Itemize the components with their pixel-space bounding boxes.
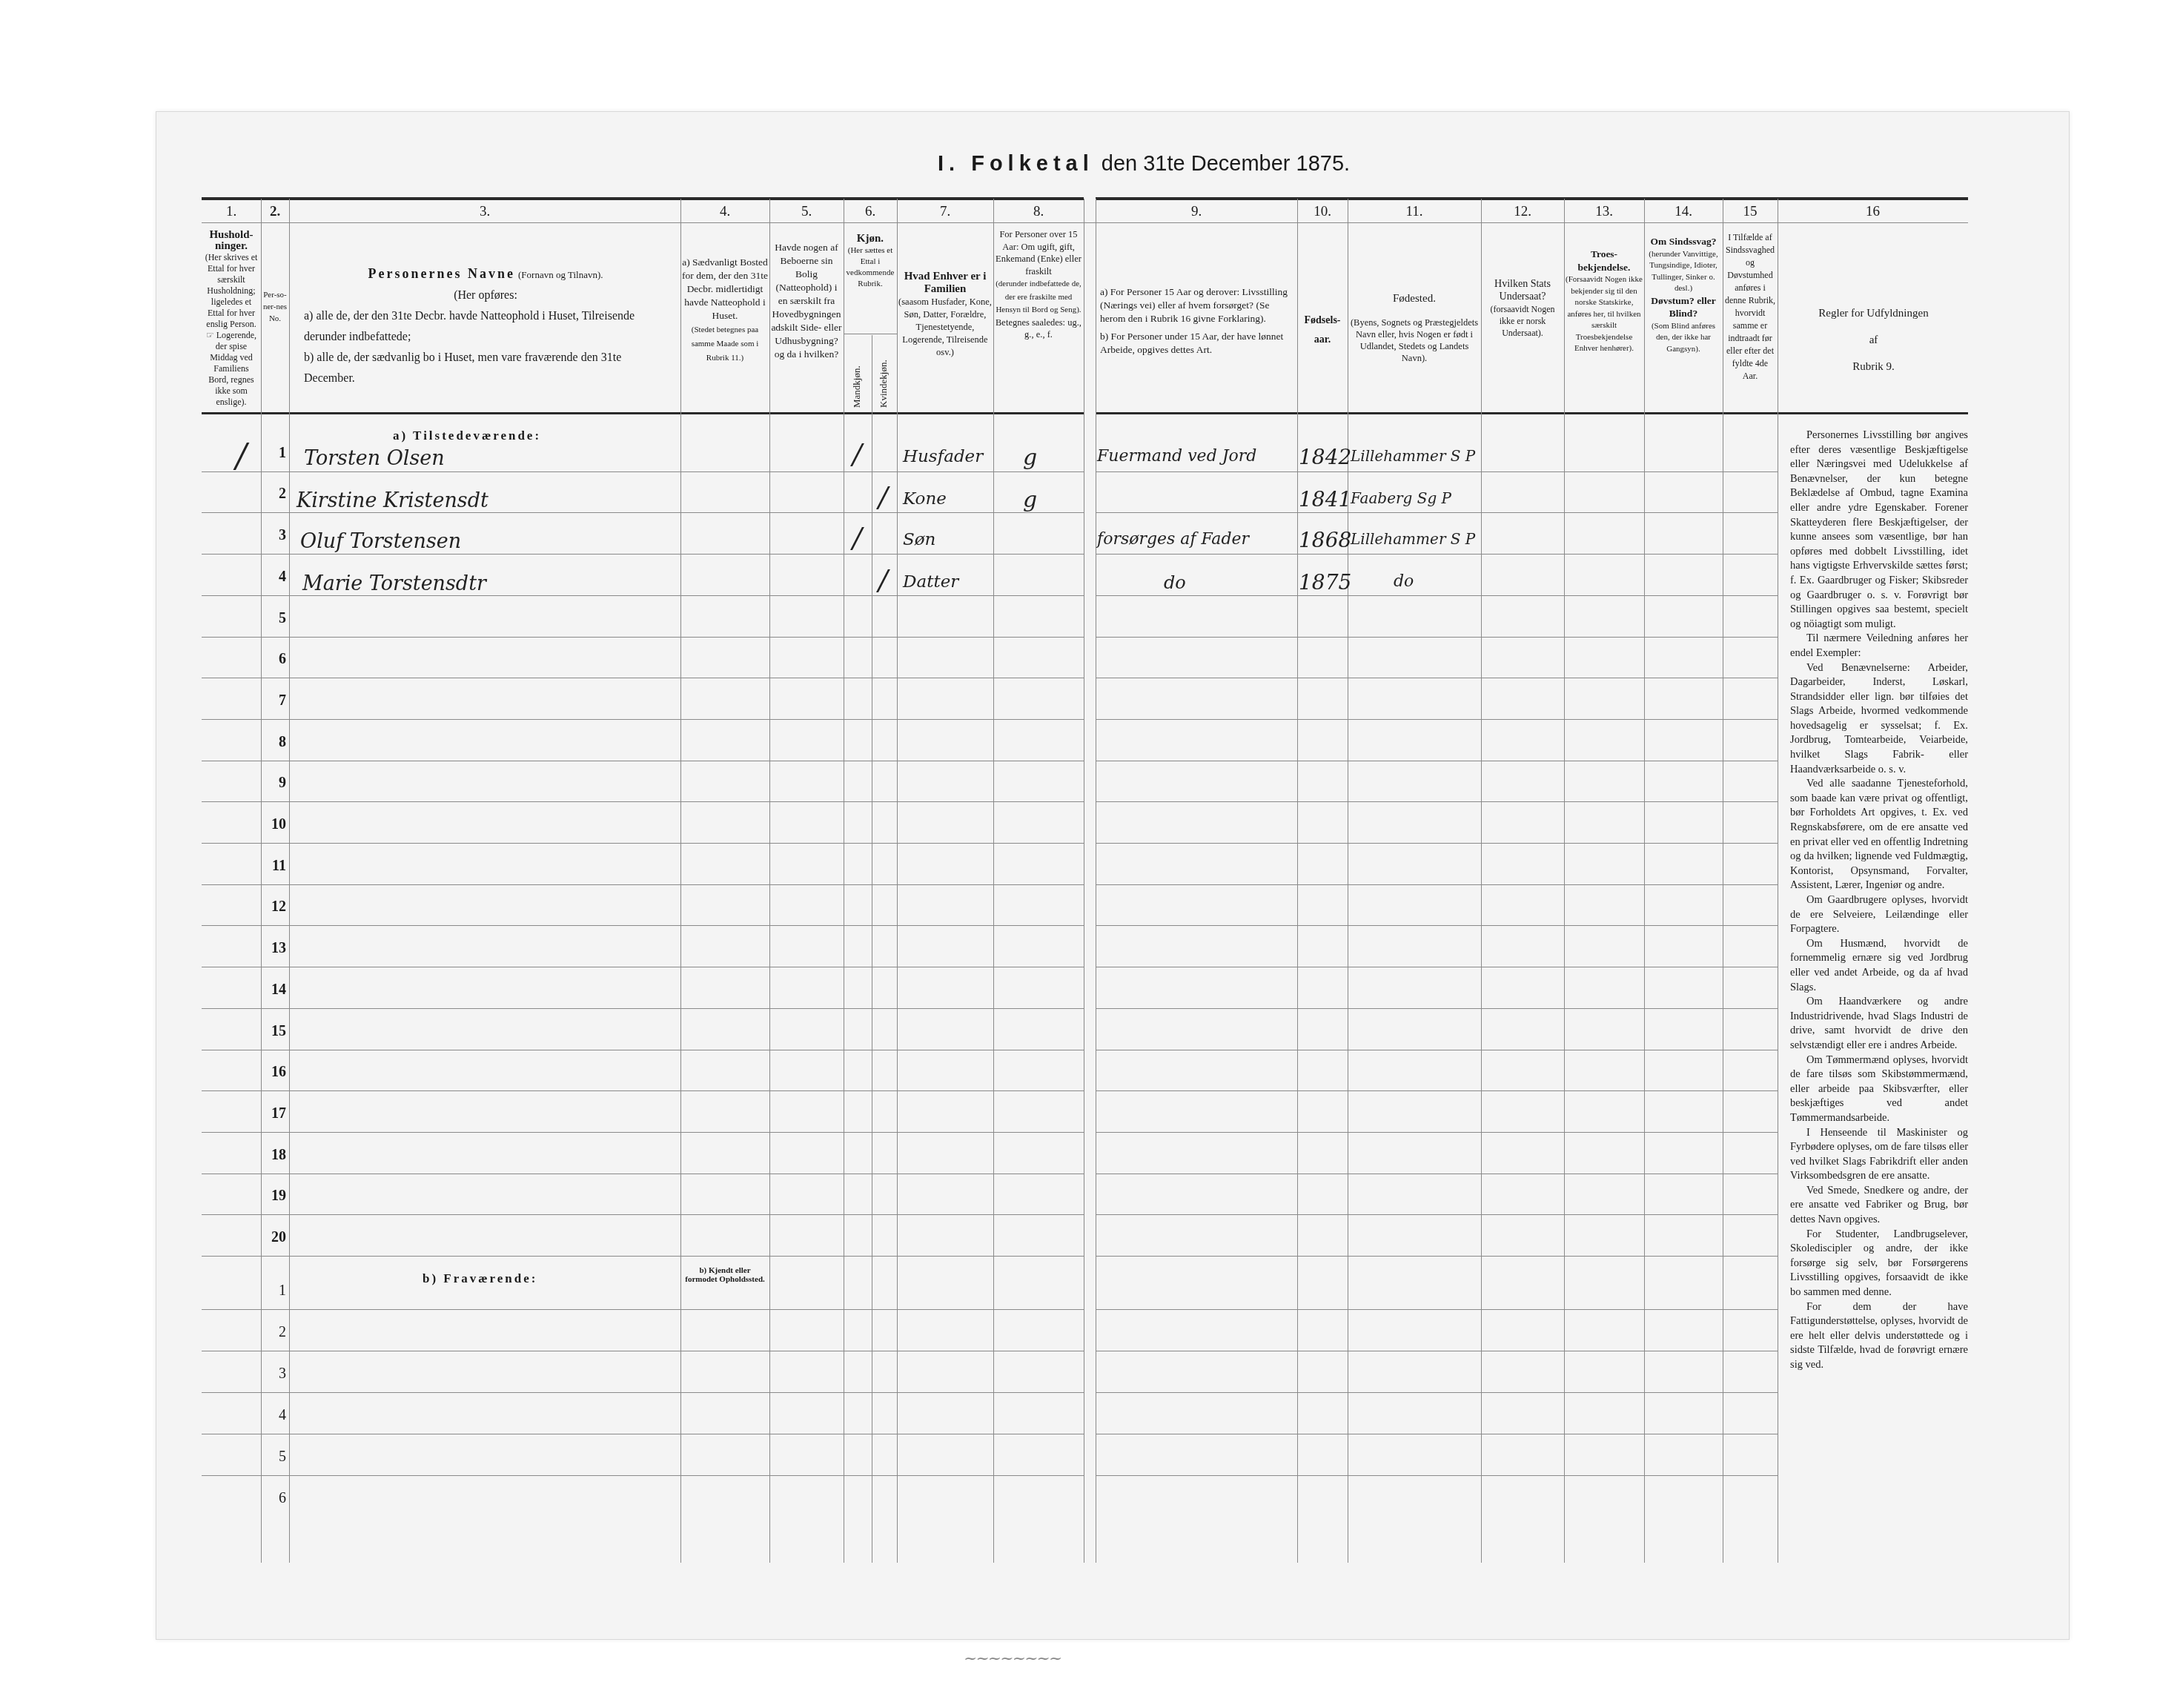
row-separator [1096, 512, 1778, 513]
row-separator [202, 1309, 261, 1310]
birth-year: 1841 [1299, 487, 1351, 512]
col-header-1-title: Hushold-ninger. [209, 230, 253, 252]
row-separator [289, 801, 1084, 802]
row-separator [1096, 801, 1778, 802]
row-separator [289, 1309, 1084, 1310]
row-separator [261, 554, 289, 555]
row-separator [289, 967, 1084, 967]
row-separator [261, 1351, 289, 1351]
row-separator [261, 761, 289, 761]
row-separator [202, 925, 261, 926]
col-num-1: 1. [202, 204, 261, 220]
section-absent-label: b) Fraværende: [423, 1271, 537, 1286]
row-separator [289, 1392, 1084, 1393]
row-separator [1096, 471, 1778, 472]
col-num-6: 6. [844, 204, 897, 220]
row-separator [261, 719, 289, 720]
col-header-6-female: Kvindekjøn. [878, 348, 890, 408]
row-separator [261, 595, 289, 596]
row-separator [289, 1214, 1084, 1215]
row-number: 11 [264, 858, 286, 875]
row-separator [1096, 1214, 1778, 1215]
row-separator [261, 801, 289, 802]
col-num-14: 14. [1644, 204, 1723, 220]
col-num-11: 11. [1348, 204, 1481, 220]
col-divider-8b [1096, 199, 1096, 1563]
col-header-1-note: (Her skrives et Ettal for hver særskilt … [205, 252, 258, 329]
kjon-subheader-rule [844, 334, 897, 334]
row-separator [261, 1309, 289, 1310]
row-separator [289, 1050, 1084, 1050]
row-number: 9 [264, 775, 286, 792]
col-header-14-note2: (Som Blind anføres den, der ikke har Gan… [1652, 322, 1715, 354]
col-header-6-male: Mandkjøn. [851, 348, 863, 408]
birthplace: Lillehammer S P [1351, 530, 1475, 548]
row-separator [202, 801, 261, 802]
column-number-rule [202, 222, 1968, 223]
col-divider-12 [1564, 199, 1565, 1563]
row-separator [202, 1434, 261, 1434]
section-present-label: a) Tilstedeværende: [393, 428, 541, 443]
row-separator [1096, 1309, 1778, 1310]
col-header-16-title: Regler for Udfyldningen [1779, 300, 1968, 327]
col-header-14: Om Sindssvag? (herunder Vanvittige, Tung… [1646, 236, 1721, 355]
marital-status: g [1023, 445, 1037, 471]
household-mark: / [236, 437, 247, 475]
row-separator [289, 1008, 1084, 1009]
row-separator [1096, 761, 1778, 761]
col-header-10: Fødsels-aar. [1299, 311, 1346, 350]
col-header-1-note2: ☞ Logerende, der spise Middag ved Famili… [206, 330, 256, 407]
marital-status: g [1023, 487, 1037, 513]
col-header-12: Hvilken Stats Undersaat? (forsaavidt Nog… [1483, 278, 1563, 339]
row-number: 14 [264, 982, 286, 999]
rules-paragraph: Ved Benævnelserne: Arbeider, Dagarbeider… [1790, 661, 1968, 778]
row-separator [1096, 1434, 1778, 1434]
row-separator [1096, 843, 1778, 844]
header-bottom-rule-right [1096, 412, 1968, 414]
row-separator [289, 554, 1084, 555]
row-number: 2 [264, 1324, 286, 1341]
row-separator [289, 1132, 1084, 1133]
header-bottom-rule-left [202, 412, 1084, 414]
row-separator [202, 1008, 261, 1009]
col-num-15: 15 [1723, 204, 1778, 220]
row-separator [1096, 925, 1778, 926]
sex-female-mark: / [878, 563, 888, 596]
col-header-6: Kjøn. (Her sættes et Ettal i vedkommende… [845, 234, 895, 290]
row-separator [202, 678, 261, 678]
row-separator [202, 1214, 261, 1215]
row-number: 6 [264, 1490, 286, 1507]
col-num-4: 4. [680, 204, 769, 220]
col-header-11: Fødested. (Byens, Sognets og Præstegjeld… [1349, 293, 1480, 364]
row-number: 1 [264, 445, 286, 462]
row-number: 17 [264, 1105, 286, 1122]
row-separator [1096, 1132, 1778, 1133]
col-header-12-title: Hvilken Stats Undersaat? [1494, 279, 1551, 302]
title-prefix: I. Folketal [938, 152, 1094, 176]
col-header-3-b: b) alle de, der sædvanlig bo i Huset, me… [304, 348, 667, 389]
row-separator [202, 1132, 261, 1133]
title-date: den 31te December 1875. [1102, 152, 1350, 176]
family-role: Kone [903, 489, 947, 509]
row-number: 6 [264, 651, 286, 668]
rules-paragraph: For Studenter, Landbrugselever, Skoledis… [1790, 1228, 1968, 1300]
col-divider-11 [1481, 199, 1482, 1563]
rules-paragraph: Om Husmænd, hvorvidt de fornemmelig ernæ… [1790, 937, 1968, 995]
row-separator [261, 884, 289, 885]
row-separator [202, 1174, 261, 1174]
person-name: Kirstine Kristensdt [297, 489, 488, 512]
row-separator [261, 1392, 289, 1393]
rules-paragraph: Om Gaardbrugere oplyses, hvorvidt de ere… [1790, 893, 1968, 937]
col-header-8-title: For Personer over 15 Aar: Om ugift, gift… [996, 229, 1081, 277]
row-separator [289, 1351, 1084, 1351]
birthplace: do [1394, 572, 1414, 591]
col-header-16: Regler for Udfyldningen af Rubrik 9. [1779, 300, 1968, 380]
col-header-3-title: Personernes Navne [368, 266, 515, 281]
row-number: 12 [264, 898, 286, 916]
occupation: forsørges af Fader [1097, 530, 1249, 549]
col-num-13: 13. [1564, 204, 1644, 220]
col-divider-1 [261, 199, 262, 1563]
col-header-13: Troes-bekjendelse. (Forsaavidt Nogen ikk… [1566, 248, 1643, 355]
rules-paragraph: Om Tømmermænd oplyses, hvorvidt de fare … [1790, 1053, 1968, 1126]
row-separator [202, 1050, 261, 1050]
col-header-5: Havde nogen af Beboerne sin Bolig (Natte… [771, 241, 842, 361]
row-number: 5 [264, 610, 286, 627]
header-top-rule-right [1096, 197, 1968, 200]
occupation: Fuermand ved Jord [1097, 447, 1256, 466]
row-separator [261, 678, 289, 678]
row-number: 15 [264, 1023, 286, 1040]
rules-paragraph: For dem der have Fattigunderstøttelse, o… [1790, 1300, 1968, 1373]
row-separator [261, 925, 289, 926]
row-separator [261, 1475, 289, 1476]
rules-paragraph: Personernes Livsstilling bør angives eft… [1790, 428, 1968, 632]
col-header-7-note: (saasom Husfader, Kone, Søn, Datter, For… [898, 297, 992, 357]
row-separator [289, 512, 1084, 513]
row-separator [289, 678, 1084, 678]
col-header-16-rubrik: Rubrik 9. [1779, 354, 1968, 380]
row-separator [1096, 554, 1778, 555]
row-separator [1096, 1090, 1778, 1091]
row-separator [1096, 967, 1778, 967]
sex-female-mark: / [878, 480, 888, 513]
row-separator [261, 1008, 289, 1009]
row-separator [289, 595, 1084, 596]
rules-paragraph: I Henseende til Maskinister og Fyrbødere… [1790, 1126, 1968, 1184]
col-header-11-title: Fødested. [1393, 293, 1436, 305]
row-number: 19 [264, 1188, 286, 1205]
row-separator [1096, 719, 1778, 720]
row-number: 18 [264, 1147, 286, 1164]
row-separator [1096, 1475, 1778, 1476]
row-separator [289, 1090, 1084, 1091]
row-separator [289, 1475, 1084, 1476]
col-header-4-note: (Stedet betegnes paa samme Maade som i R… [692, 325, 759, 363]
col-header-9-b: b) For Personer under 15 Aar, der have l… [1100, 330, 1294, 357]
col-divider-15 [1778, 199, 1778, 1563]
row-separator [202, 843, 261, 844]
row-separator [261, 1214, 289, 1215]
col-num-2: 2. [261, 204, 289, 220]
row-separator [289, 1256, 1084, 1257]
row-number: 3 [264, 1366, 286, 1383]
row-separator [261, 967, 289, 967]
col-divider-7 [993, 199, 994, 1563]
row-separator [1096, 1351, 1778, 1351]
family-role: Husfader [903, 447, 983, 466]
birth-year: 1842 [1299, 445, 1351, 469]
col-num-12: 12. [1481, 204, 1564, 220]
person-name: Torsten Olsen [304, 447, 445, 470]
col-divider-10 [1348, 199, 1348, 1563]
sex-male-mark: / [852, 437, 862, 470]
col-header-14-title2: Døvstum? eller Blind? [1651, 295, 1715, 320]
row-separator [202, 761, 261, 761]
row-separator [1096, 595, 1778, 596]
row-separator [1096, 1256, 1778, 1257]
row-separator [261, 1174, 289, 1174]
row-number: 3 [264, 527, 286, 544]
family-role: Søn [903, 530, 935, 549]
row-number: 8 [264, 734, 286, 751]
col-header-15: I Tilfælde af Sindssvaghed og Døvstumhed… [1724, 231, 1776, 383]
row-separator [289, 884, 1084, 885]
col-divider-6-split [872, 335, 872, 1563]
col-num-16: 16 [1778, 204, 1968, 220]
birthplace: Lillehammer S P [1351, 447, 1475, 465]
col-header-8: For Personer over 15 Aar: Om ugift, gift… [995, 228, 1082, 341]
col-divider-8 [1084, 199, 1084, 1563]
row-separator [289, 761, 1084, 761]
col-header-14-note: (herunder Vanvittige, Tungsindige, Idiot… [1649, 250, 1717, 294]
col-header-9: a) For Personer 15 Aar og derover: Livss… [1100, 285, 1294, 357]
row-separator [261, 1434, 289, 1434]
birth-year: 1875 [1299, 570, 1351, 595]
row-separator [261, 637, 289, 638]
col-header-9-a: a) For Personer 15 Aar og derover: Livss… [1100, 285, 1294, 325]
person-name: Oluf Torstensen [300, 530, 461, 553]
row-separator [202, 1351, 261, 1351]
row-separator [202, 637, 261, 638]
row-separator [261, 843, 289, 844]
row-separator [1096, 1008, 1778, 1009]
col-header-3-a: a) alle de, der den 31te Decbr. havde Na… [304, 306, 667, 348]
row-separator [261, 471, 289, 472]
row-separator [1096, 678, 1778, 678]
family-role: Datter [903, 572, 958, 592]
row-separator [289, 719, 1084, 720]
occupation: do [1164, 572, 1186, 593]
row-number: 1 [264, 1282, 286, 1300]
col-header-4-title: a) Sædvanligt Bosted for dem, der den 31… [682, 256, 768, 321]
row-separator [289, 637, 1084, 638]
row-separator [202, 1090, 261, 1091]
col-divider-2 [289, 199, 290, 1563]
row-separator [289, 843, 1084, 844]
row-separator [202, 967, 261, 967]
col-header-3-note: (Her opføres: [304, 285, 667, 306]
col-num-5: 5. [769, 204, 844, 220]
col-header-13-title: Troes-bekjendelse. [1578, 248, 1631, 273]
row-separator [289, 1434, 1084, 1434]
col-divider-4 [769, 199, 770, 1563]
col-header-3-sub: (Fornavn og Tilnavn). [518, 269, 603, 280]
row-number: 13 [264, 940, 286, 957]
row-separator [202, 554, 261, 555]
rules-paragraph: Ved alle saadanne Tjenesteforhold, som b… [1790, 777, 1968, 893]
rules-text: Personernes Livsstilling bør angives eft… [1790, 428, 1968, 1373]
row-number: 16 [264, 1064, 286, 1081]
col-header-11-note: (Byens, Sognets og Præstegjeldets Navn e… [1351, 317, 1478, 363]
rules-paragraph: Ved Smede, Snedkere og andre, der ere an… [1790, 1184, 1968, 1228]
col-header-13-note: (Forsaavidt Nogen ikke bekjender sig til… [1566, 275, 1643, 353]
row-separator [1096, 1174, 1778, 1174]
row-separator [261, 1132, 289, 1133]
col-divider-6 [897, 199, 898, 1563]
rules-paragraph: Om Haandværkere og andre Industridrivend… [1790, 995, 1968, 1053]
col-num-10: 10. [1297, 204, 1348, 220]
row-number: 5 [264, 1449, 286, 1466]
col-divider-5 [844, 199, 844, 1563]
row-separator [1096, 1392, 1778, 1393]
row-separator [1096, 1050, 1778, 1050]
row-number: 10 [264, 816, 286, 833]
col-header-14-title: Om Sindssvag? [1651, 236, 1717, 247]
col-num-9: 9. [1096, 204, 1297, 220]
row-number: 4 [264, 1407, 286, 1424]
row-separator [202, 512, 261, 513]
row-separator [202, 471, 261, 472]
row-separator [289, 471, 1084, 472]
row-number: 20 [264, 1229, 286, 1246]
col-header-1: Hushold-ninger. (Her skrives et Ettal fo… [203, 230, 259, 408]
row-separator [202, 1475, 261, 1476]
row-separator [1096, 884, 1778, 885]
row-number: 2 [264, 486, 286, 503]
col-header-16-of: af [1779, 327, 1968, 354]
row-separator [261, 512, 289, 513]
row-separator [289, 1174, 1084, 1174]
row-separator [202, 1256, 261, 1257]
col-divider-13 [1644, 199, 1645, 1563]
rules-paragraph: Til nærmere Veiledning anføres her endel… [1790, 632, 1968, 661]
row-separator [202, 719, 261, 720]
col-header-12-note: (forsaavidt Nogen ikke er norsk Undersaa… [1491, 304, 1555, 338]
person-name: Marie Torstensdtr [302, 572, 486, 595]
row-separator [289, 925, 1084, 926]
row-separator [202, 884, 261, 885]
row-separator [261, 1090, 289, 1091]
col-header-7: Hvad Enhver er i Familien (saasom Husfad… [898, 271, 992, 359]
row-number: 4 [264, 569, 286, 586]
row-number: 7 [264, 692, 286, 709]
row-separator [1096, 637, 1778, 638]
col-header-6-note: (Her sættes et Ettal i vedkommende Rubri… [847, 246, 895, 288]
col-header-8-note2: Betegnes saaledes: ug., g., e., f. [996, 317, 1081, 340]
header-top-rule-left [202, 197, 1084, 200]
col-divider-14 [1723, 199, 1723, 1563]
absent-location-header: b) Kjendt eller formodet Opholdssted. [683, 1266, 766, 1284]
sex-male-mark: / [852, 521, 862, 554]
row-separator [202, 1392, 261, 1393]
col-header-6-title: Kjøn. [857, 234, 884, 245]
col-header-4: a) Sædvanligt Bosted for dem, der den 31… [682, 256, 768, 365]
birth-year: 1868 [1299, 528, 1351, 552]
signature-scribble: ~~~~~~~~ [964, 1649, 1061, 1668]
col-header-3: Personernes Navne (Fornavn og Tilnavn). … [304, 263, 667, 389]
col-num-8: 8. [993, 204, 1084, 220]
row-separator [261, 1050, 289, 1050]
col-header-8-note: (derunder indbefattede de, der ere frask… [996, 279, 1081, 314]
col-num-7: 7. [897, 204, 993, 220]
col-divider-3 [680, 199, 681, 1563]
col-header-2: Per-so-ner-nes No. [262, 289, 288, 325]
col-divider-9 [1297, 199, 1298, 1563]
col-header-7-title: Hvad Enhver er i Familien [904, 271, 987, 295]
birthplace: Faaberg Sg P [1351, 489, 1451, 507]
row-separator [261, 1256, 289, 1257]
col-num-3: 3. [289, 204, 680, 220]
row-separator [202, 595, 261, 596]
page-title: I. Folketalden 31te December 1875. [938, 152, 1350, 176]
